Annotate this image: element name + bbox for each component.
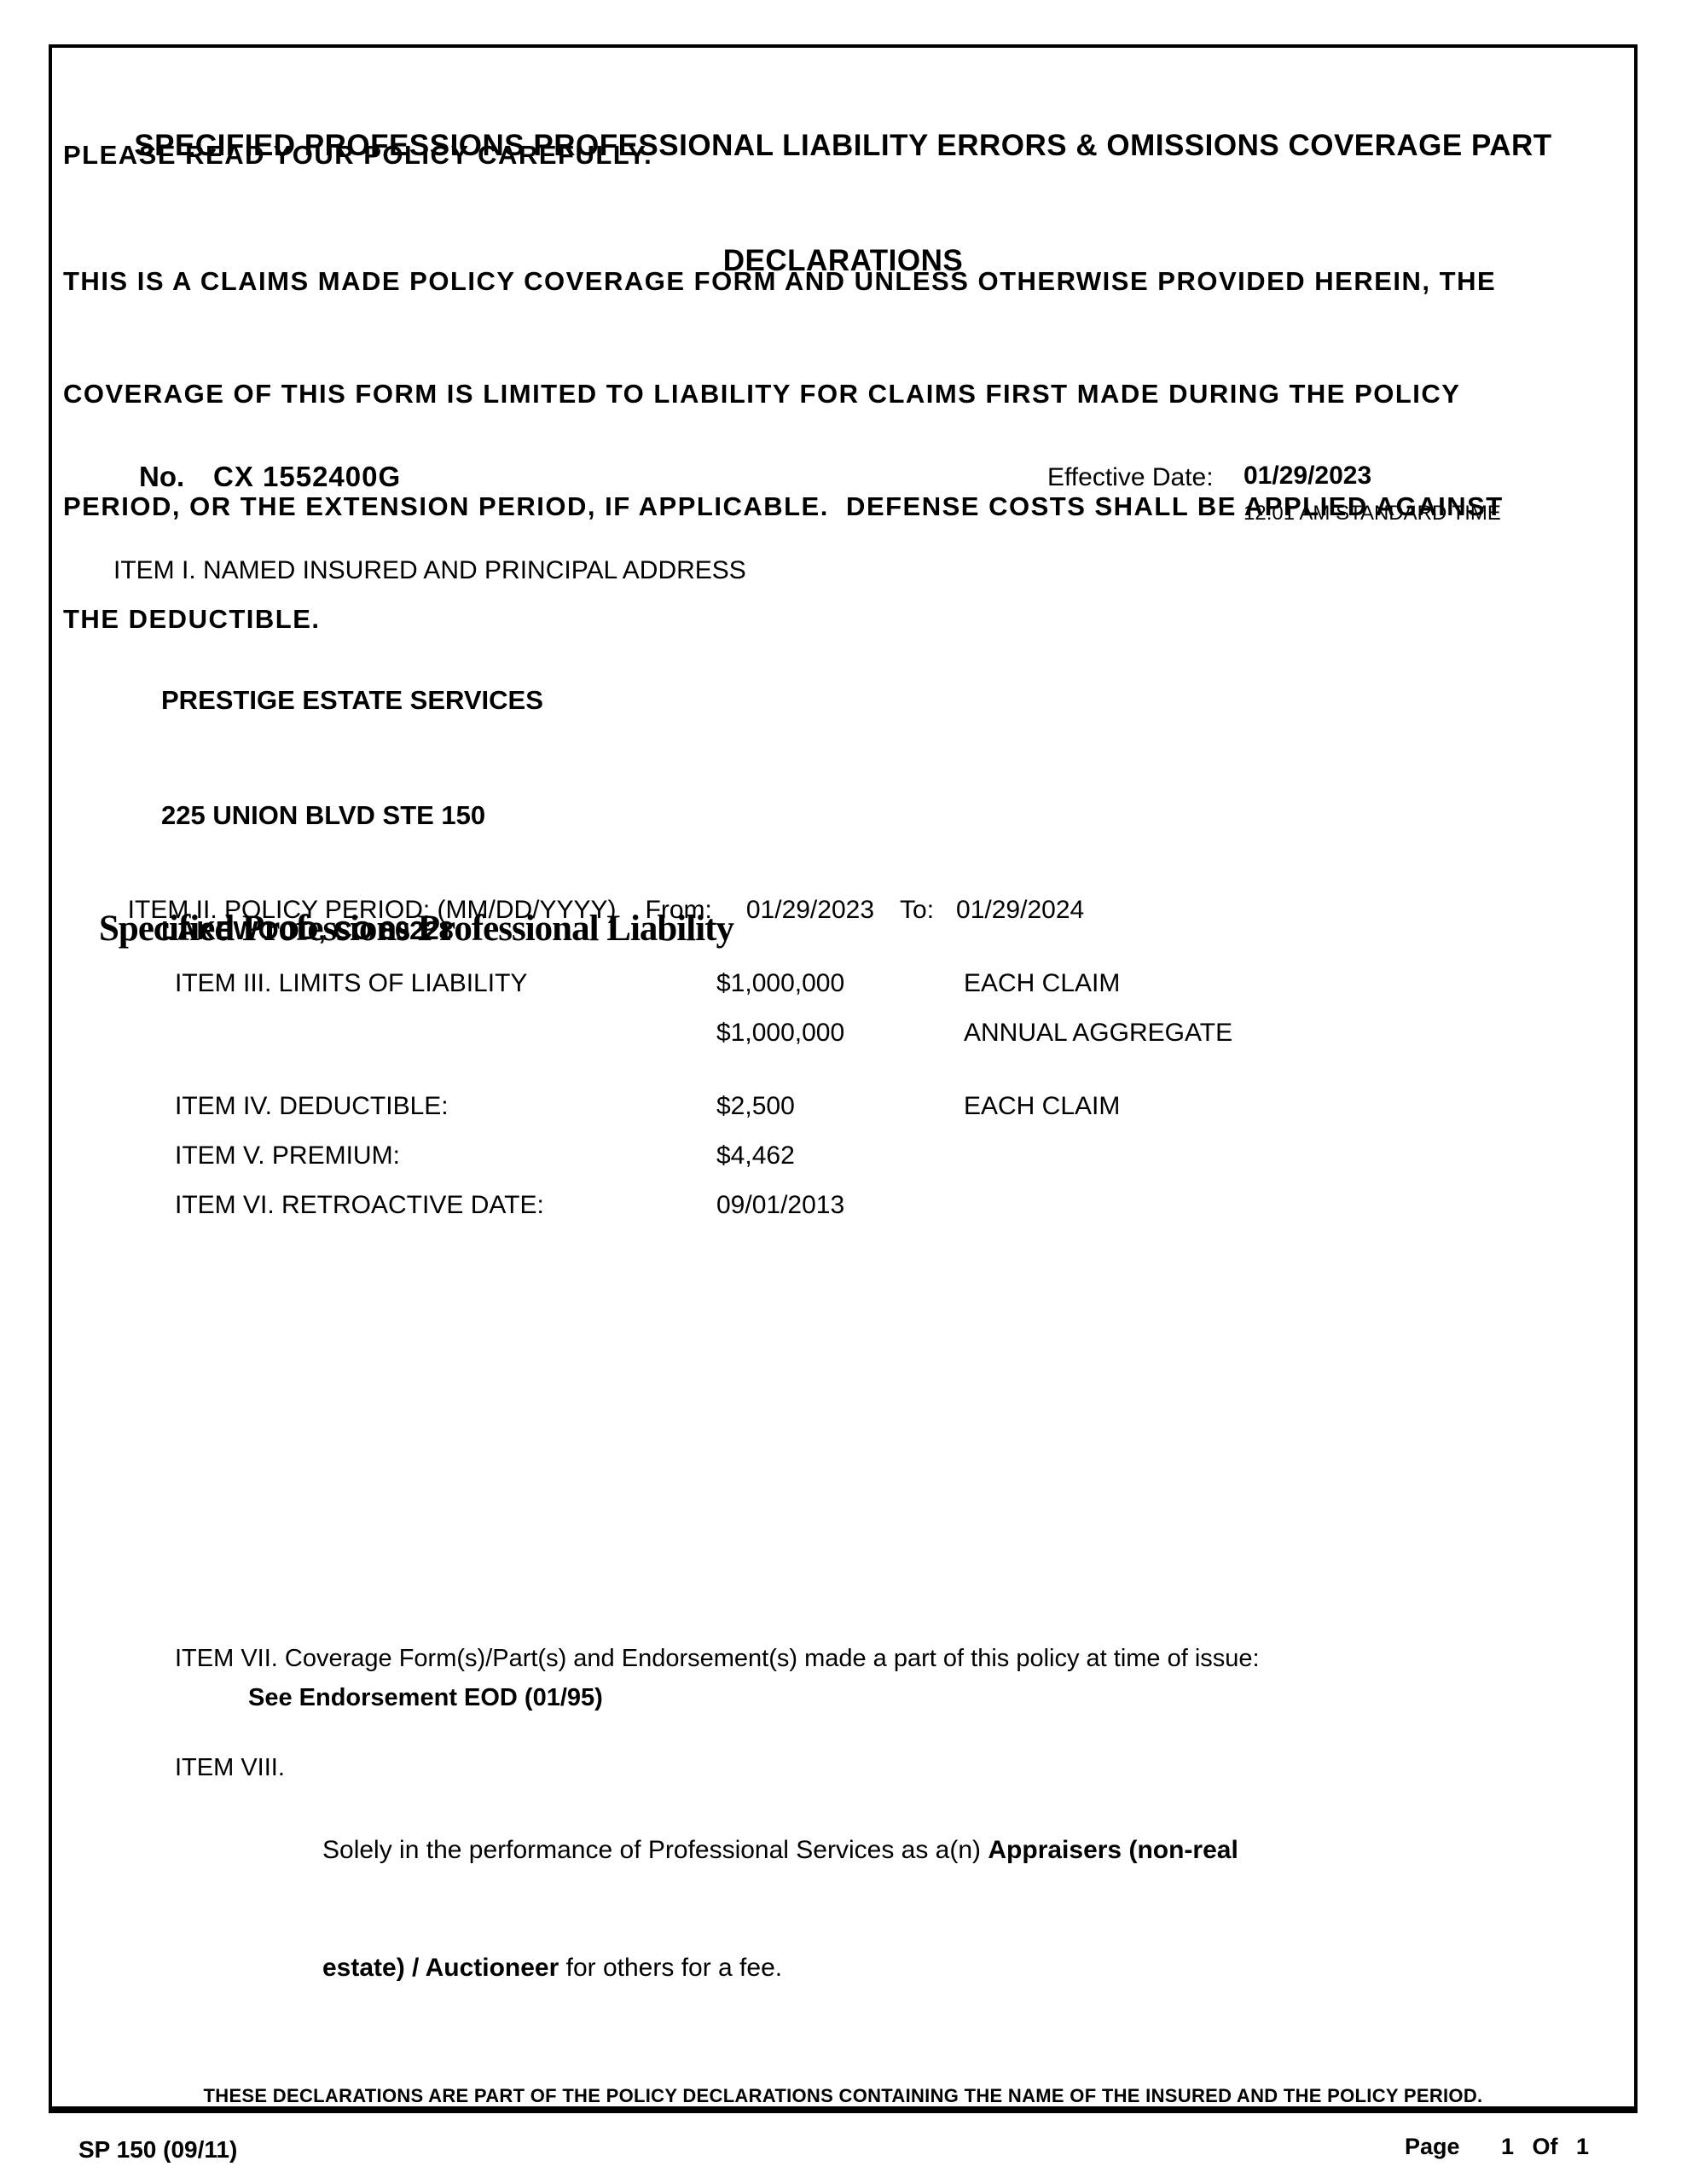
item7-endorsement: See Endorsement EOD (01/95)	[248, 1684, 603, 1712]
item8-description: Solely in the performance of Professiona…	[322, 1752, 1431, 2027]
item7-label: ITEM VII. Coverage Form(s)/Part(s) and E…	[175, 1645, 1260, 1673]
item3-each-claim-limit: $1,000,000	[716, 969, 844, 998]
item8-line2: estate) / Auctioneer for others for a fe…	[322, 1949, 1431, 1988]
claims-made-notice: THIS IS A CLAIMS MADE POLICY COVERAGE FO…	[63, 188, 1624, 676]
item8-line2-bold: estate) / Auctioneer	[322, 1954, 559, 1982]
item4-label: ITEM IV. DEDUCTIBLE:	[175, 1092, 449, 1121]
item6-label: ITEM VI. RETROACTIVE DATE:	[175, 1191, 544, 1220]
form-number: SP 150 (09/11)	[78, 2136, 237, 2164]
claims-made-line: COVERAGE OF THIS FORM IS LIMITED TO LIAB…	[63, 375, 1624, 413]
item5-label: ITEM V. PREMIUM:	[175, 1141, 400, 1170]
item8-line1-regular: Solely in the performance of Professiona…	[322, 1836, 988, 1864]
item2-to-date: 01/29/2024	[956, 896, 1084, 924]
insured-name: PRESTIGE ESTATE SERVICES	[161, 681, 543, 719]
item8-line2-regular: for others for a fee.	[559, 1954, 782, 1982]
item8-label: ITEM VIII.	[175, 1754, 285, 1782]
item3-aggregate-limit: $1,000,000	[716, 1019, 844, 1048]
policy-number-value: CX 1552400G	[213, 461, 401, 493]
item2-from-date: 01/29/2023	[746, 896, 874, 924]
item3-aggregate-label: ANNUAL AGGREGATE	[964, 1019, 1232, 1048]
page-value: 1 Of 1	[1501, 2134, 1589, 2160]
item2-to-label: To:	[900, 896, 934, 924]
policy-declarations-page: { "header": { "title_line1": "SPECIFIED …	[0, 0, 1687, 2184]
read-policy-notice: PLEASE READ YOUR POLICY CAREFULLY.	[63, 140, 652, 171]
coverage-heading: Specified Professions Professional Liabi…	[99, 908, 733, 950]
page-label: Page	[1405, 2134, 1460, 2160]
item8-line1-bold: Appraisers (non-real	[988, 1836, 1238, 1864]
item6-value: 09/01/2013	[716, 1191, 844, 1220]
effective-date-value: 01/29/2023	[1244, 462, 1371, 491]
insured-address-line1: 225 UNION BLVD STE 150	[161, 796, 543, 834]
declarations-footer-notice: THESE DECLARATIONS ARE PART OF THE POLIC…	[52, 2085, 1634, 2107]
item8-line1: Solely in the performance of Professiona…	[322, 1831, 1431, 1870]
claims-made-line: THIS IS A CLAIMS MADE POLICY COVERAGE FO…	[63, 263, 1624, 300]
effective-date-label: Effective Date:	[1047, 463, 1214, 492]
item3-each-claim-label: EACH CLAIM	[964, 969, 1120, 998]
policy-number-label: No.	[139, 461, 184, 493]
item5-value: $4,462	[716, 1141, 795, 1170]
item4-value: $2,500	[716, 1092, 795, 1121]
item4-qualifier: EACH CLAIM	[964, 1092, 1120, 1121]
effective-time: 12:01 AM STANDARD TIME	[1244, 502, 1501, 526]
item3-label: ITEM III. LIMITS OF LIABILITY	[175, 969, 527, 998]
item1-label: ITEM I. NAMED INSURED AND PRINCIPAL ADDR…	[113, 556, 746, 585]
